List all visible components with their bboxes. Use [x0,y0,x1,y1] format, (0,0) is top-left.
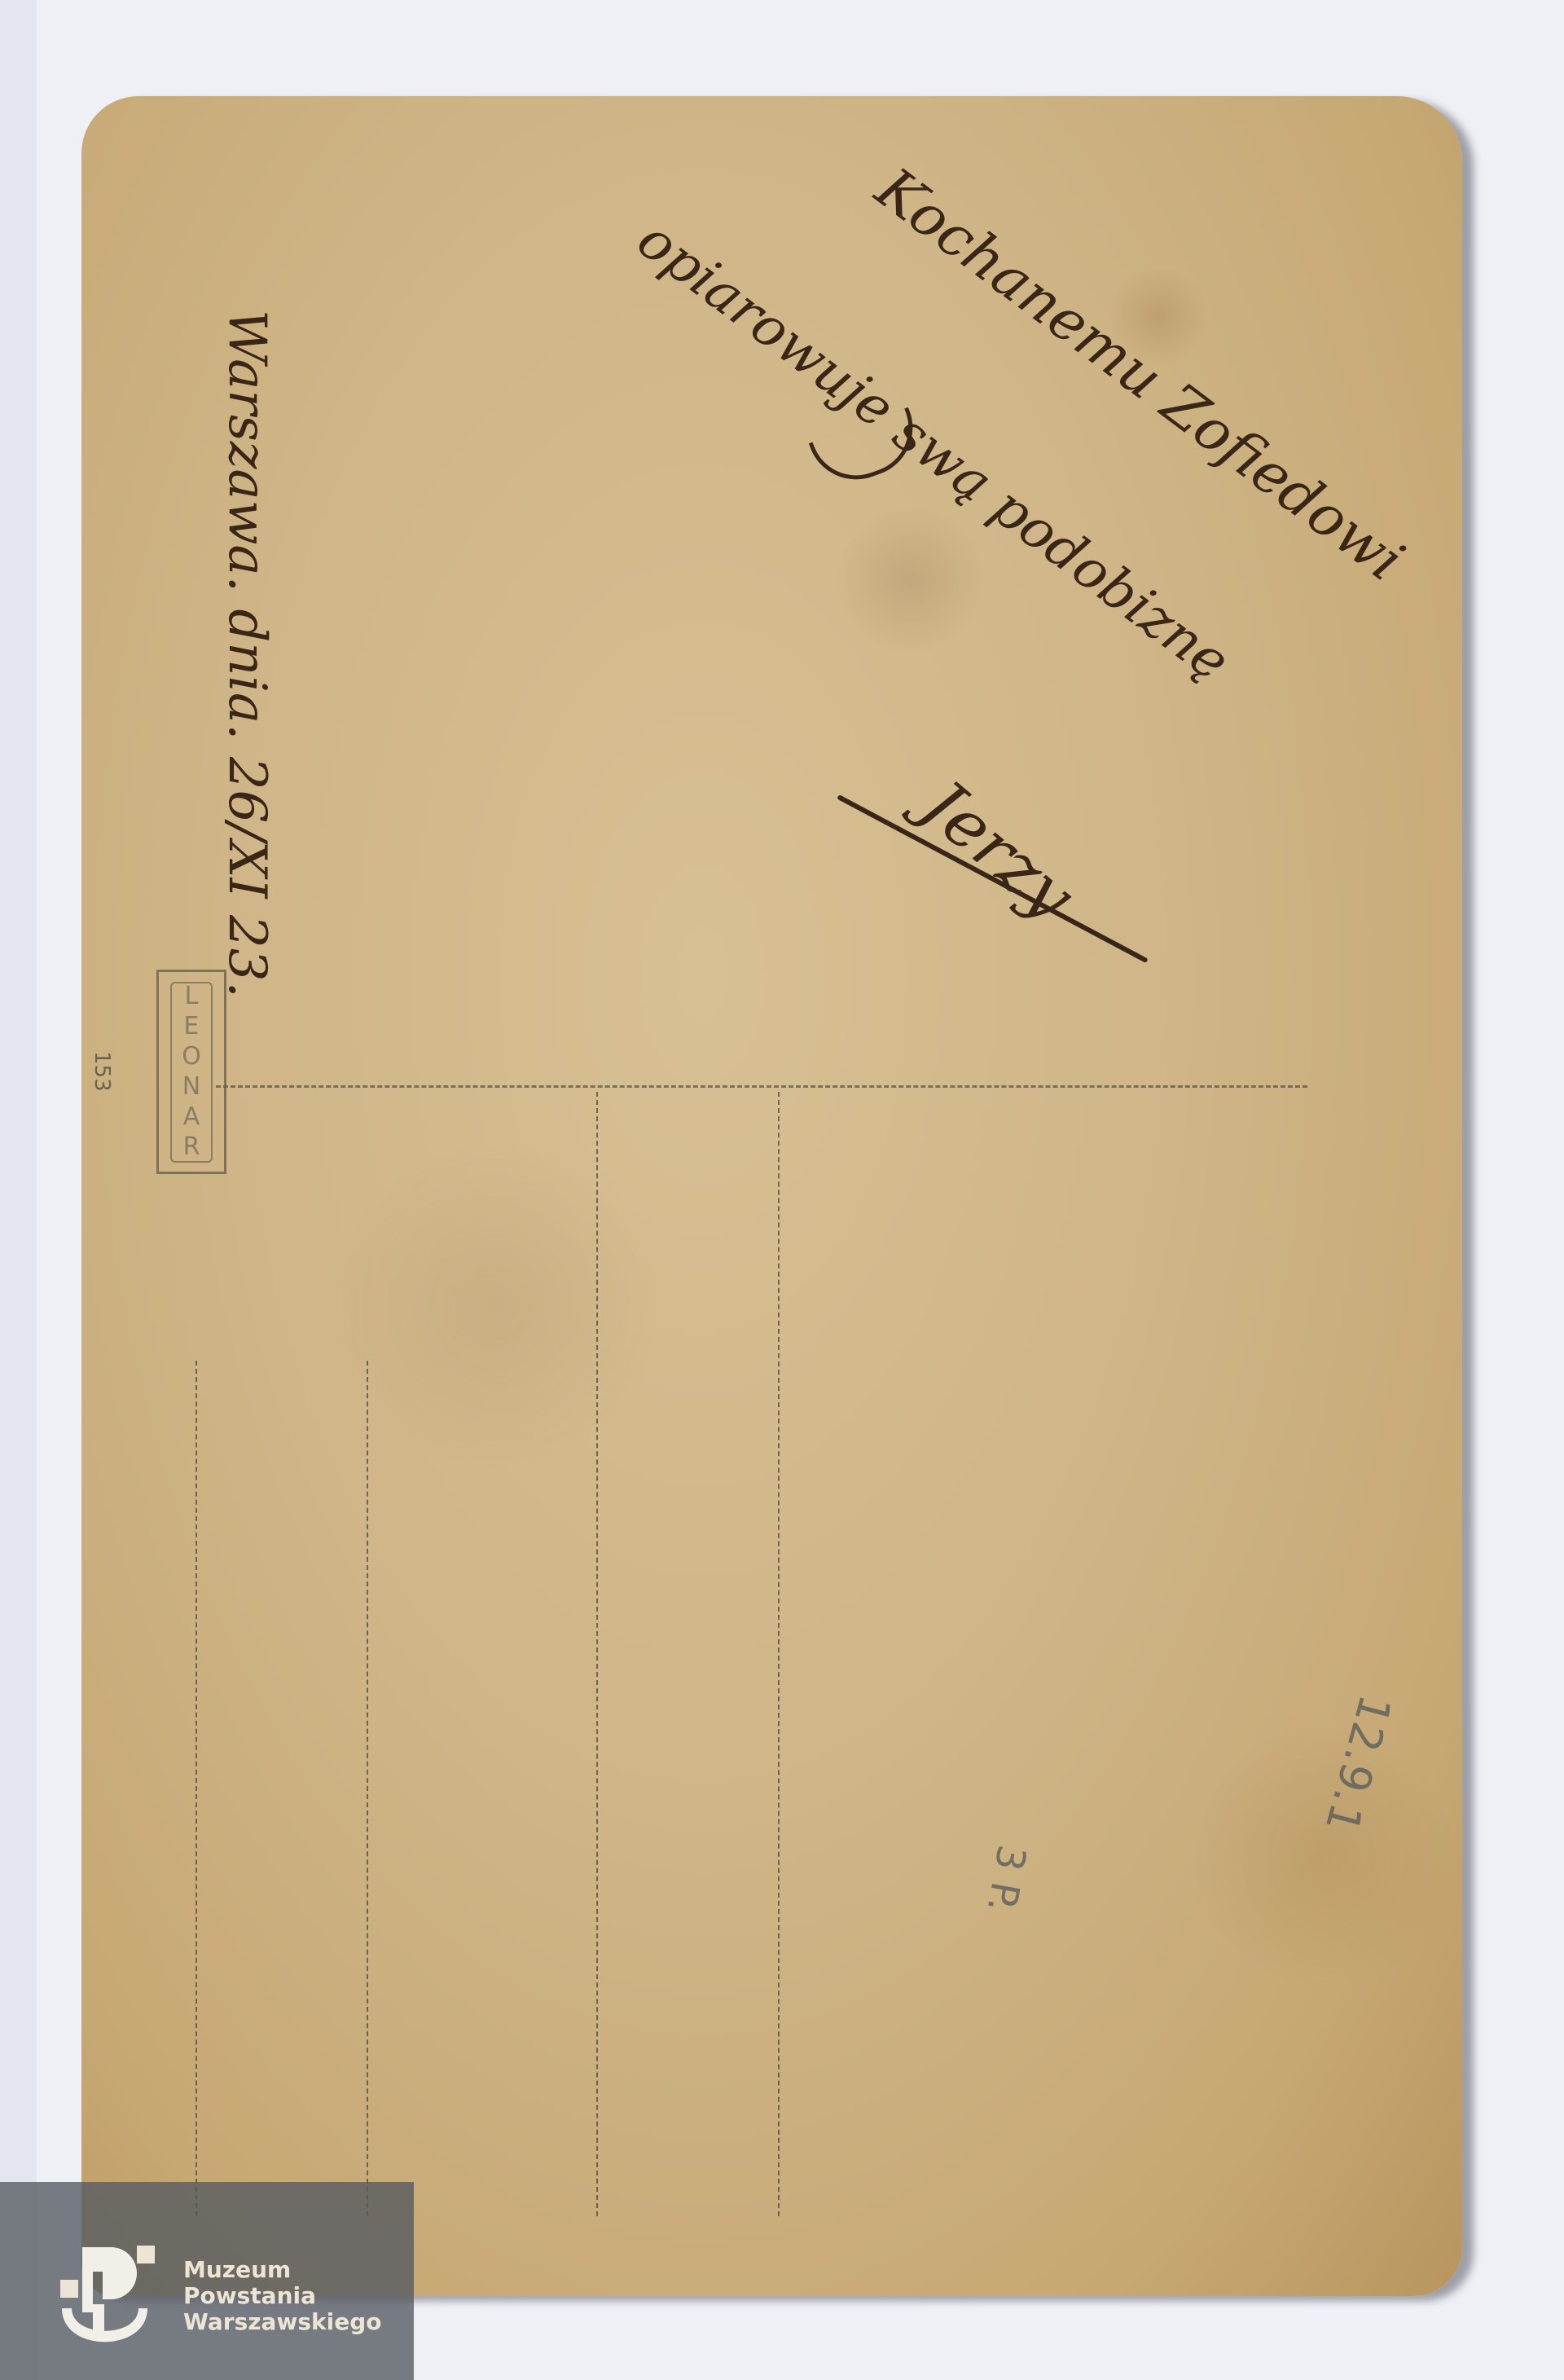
museum-name-line-2: Powstania [183,2283,381,2309]
museum-name: Muzeum Powstania Warszawskiego [183,2257,381,2335]
museum-watermark: Muzeum Powstania Warszawskiego [0,2182,414,2380]
museum-name-line-1: Muzeum [183,2257,381,2283]
museum-name-line-3: Warszawskiego [183,2309,381,2335]
scan-backdrop [0,0,37,2380]
dotted-rule-1 [195,1361,197,2216]
address-divider-line [216,1085,1307,1088]
dotted-rule-4 [778,1092,780,2216]
publisher-stamp: LEONAR [156,970,226,1174]
dotted-rule-3 [596,1092,598,2216]
handwritten-date: Warszawa. dnia. 26/XI 23. [217,310,277,998]
publisher-name: LEONAR [170,982,213,1163]
stamp-number: 153 [90,1051,114,1092]
anchor-kotwica-icon [54,2231,160,2353]
dotted-rule-2 [367,1361,368,2216]
